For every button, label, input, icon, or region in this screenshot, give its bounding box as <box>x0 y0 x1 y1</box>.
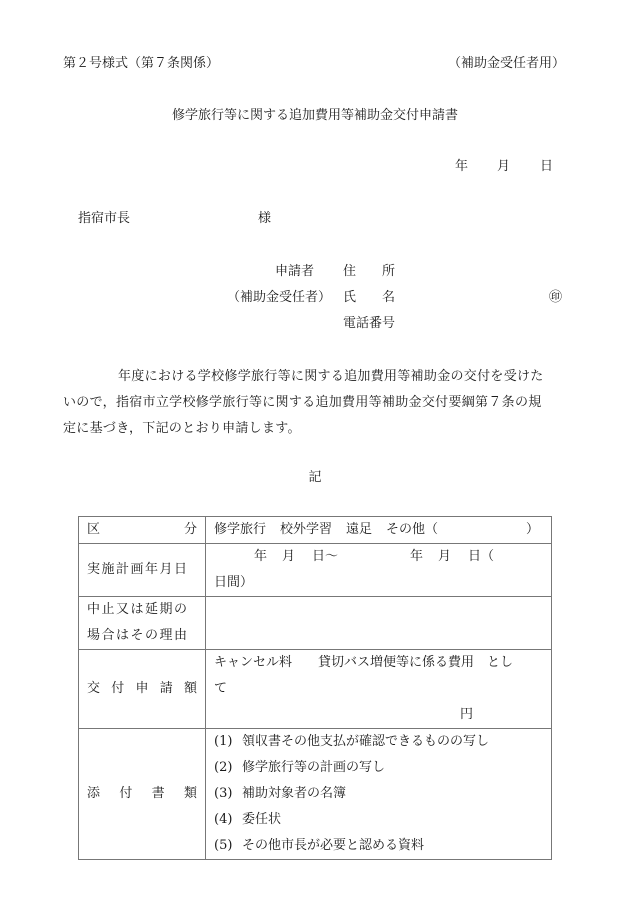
date-day: 日 <box>540 160 553 173</box>
address-label: 住 所 <box>343 265 395 278</box>
seal-mark: ㊞ <box>549 291 562 304</box>
start-year: 年 <box>254 544 282 570</box>
label-char: 付 <box>119 781 132 807</box>
statement-line-1: 年度における学校修学旅行等に関する追加費用等補助金の交付を受けた <box>63 364 563 390</box>
statement-line-3: 定に基づき，下記のとおり申請します。 <box>63 416 563 442</box>
category-other-close: ） <box>526 517 543 543</box>
ki-heading: 記 <box>0 471 630 484</box>
reason-label-line-2: 場合はその理由 <box>87 623 197 649</box>
attachment-item: (4)委任状 <box>214 807 543 833</box>
phone-label: 電話番号 <box>343 317 395 330</box>
label-char: 区 <box>87 517 100 543</box>
applicant-label: 申請者 <box>275 265 314 278</box>
start-month: 月 <box>282 544 312 570</box>
item-number: (3) <box>214 781 242 807</box>
date-month: 月 <box>497 160 540 173</box>
item-text: 委任状 <box>242 812 281 827</box>
amount-label: 交 付 申 請 額 <box>79 650 206 729</box>
date-year: 年 <box>455 160 497 173</box>
days-count: 日間） <box>214 570 253 596</box>
label-char: 類 <box>184 781 197 807</box>
attachments-label: 添 付 書 類 <box>79 729 206 860</box>
label-char: 付 <box>111 676 124 702</box>
category-school-trip[interactable]: 修学旅行 <box>214 517 266 543</box>
category-other[interactable]: その他（ <box>386 517 438 543</box>
addressee-honorific: 様 <box>258 212 271 225</box>
end-day: 日（ <box>468 544 512 570</box>
category-field-study[interactable]: 校外学習 <box>280 517 332 543</box>
table-row-reason: 中止又は延期の 場合はその理由 <box>79 597 552 650</box>
table-row-category: 区 分 修学旅行 校外学習 遠足 その他（ ） <box>79 517 552 544</box>
label-char: 額 <box>184 676 197 702</box>
end-year: 年 <box>410 544 438 570</box>
application-table: 区 分 修学旅行 校外学習 遠足 その他（ ） 実施計画年月日 年月日～年月日（… <box>78 516 552 860</box>
label-char: 申 <box>135 676 148 702</box>
form-number: 第２号様式（第７条関係） <box>63 57 219 70</box>
attachments-list: (1)領収書その他支払が確認できるものの写し (2)修学旅行等の計画の写し (3… <box>206 729 552 860</box>
reason-label: 中止又は延期の 場合はその理由 <box>79 597 206 650</box>
statement-line-2: いので，指宿市立学校修学旅行等に関する追加費用等補助金交付要綱第７条の規 <box>63 390 563 416</box>
item-text: 修学旅行等の計画の写し <box>242 760 385 775</box>
category-options[interactable]: 修学旅行 校外学習 遠足 その他（ ） <box>206 517 552 544</box>
amount-text-line-2: て <box>214 676 543 702</box>
item-text: 補助対象者の名簿 <box>242 786 346 801</box>
attachment-item: (2)修学旅行等の計画の写し <box>214 755 543 781</box>
table-row-amount: 交 付 申 請 額 キャンセル料 貸切バス増便等に係る費用 とし て 円 <box>79 650 552 729</box>
label-char: 分 <box>184 517 197 543</box>
recipient-use-label: （補助金受任者用） <box>448 57 565 70</box>
item-text: 領収書その他支払が確認できるものの写し <box>242 734 489 749</box>
name-label: 氏 名 <box>343 291 395 304</box>
reason-label-line-1: 中止又は延期の <box>87 597 197 623</box>
attachment-item: (5)その他市長が必要と認める資料 <box>214 833 543 859</box>
attachment-item: (3)補助対象者の名簿 <box>214 781 543 807</box>
table-row-attachments: 添 付 書 類 (1)領収書その他支払が確認できるものの写し (2)修学旅行等の… <box>79 729 552 860</box>
amount-value[interactable]: キャンセル料 貸切バス増便等に係る費用 とし て 円 <box>206 650 552 729</box>
label-char: 書 <box>152 781 165 807</box>
label-char: 請 <box>160 676 173 702</box>
label-char: 添 <box>87 781 100 807</box>
start-day: 日～ <box>312 544 410 570</box>
category-label: 区 分 <box>79 517 206 544</box>
application-statement: 年度における学校修学旅行等に関する追加費用等補助金の交付を受けた いので，指宿市… <box>63 364 563 442</box>
grantee-label: （補助金受任者） <box>227 291 331 304</box>
label-char: 交 <box>87 676 100 702</box>
document-title: 修学旅行等に関する追加費用等補助金交付申請書 <box>0 109 630 122</box>
yen-unit: 円 <box>214 702 543 728</box>
attachment-item: (1)領収書その他支払が確認できるものの写し <box>214 729 543 755</box>
amount-text-line-1: キャンセル料 貸切バス増便等に係る費用 とし <box>214 650 543 676</box>
addressee-name: 指宿市長 <box>78 212 130 225</box>
item-number: (4) <box>214 807 242 833</box>
table-row-plan-date: 実施計画年月日 年月日～年月日（日間） <box>79 544 552 597</box>
item-number: (5) <box>214 833 242 859</box>
plan-date-label: 実施計画年月日 <box>79 544 206 597</box>
item-number: (2) <box>214 755 242 781</box>
plan-date-range[interactable]: 年月日～年月日（日間） <box>206 544 552 597</box>
item-number: (1) <box>214 729 242 755</box>
reason-value[interactable] <box>206 597 552 650</box>
end-month: 月 <box>438 544 468 570</box>
item-text: その他市長が必要と認める資料 <box>242 838 424 853</box>
category-excursion[interactable]: 遠足 <box>346 517 372 543</box>
date-field: 年月日 <box>455 160 553 173</box>
